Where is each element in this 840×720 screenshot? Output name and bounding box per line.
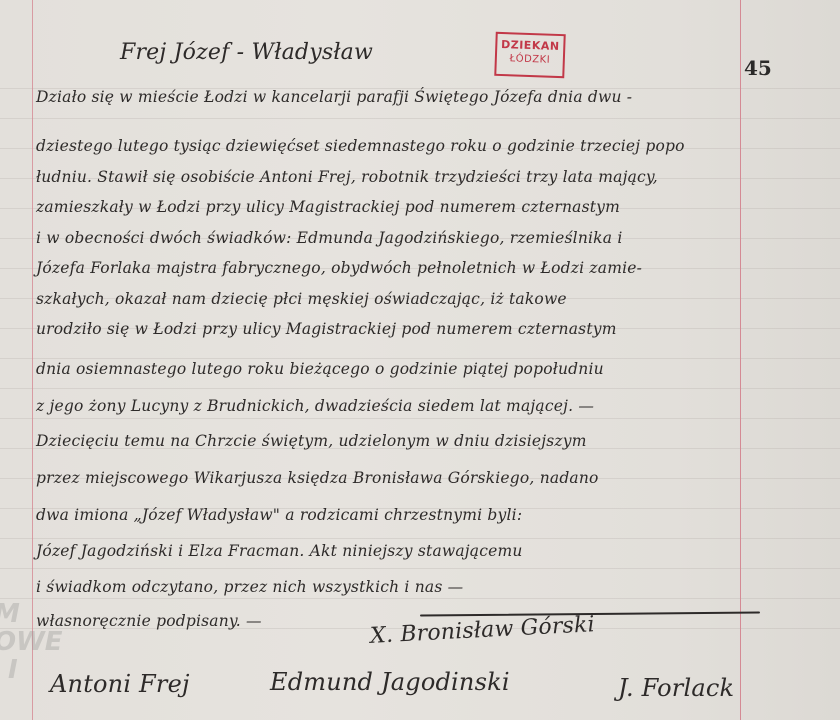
text-line: urodziło się w Łodzi przy ulicy Magistra… <box>36 320 617 338</box>
ruled-line <box>0 598 840 599</box>
text-line: Józef Jagodziński i Elza Fracman. Akt ni… <box>36 542 523 560</box>
text-line: przez miejscowego Wikarjusza księdza Bro… <box>36 469 599 487</box>
watermark-line: OWE <box>0 628 63 656</box>
ruled-line <box>0 568 840 569</box>
signature-father: Antoni Frej <box>50 670 190 698</box>
signature-priest: X. Bronisław Górski <box>369 612 595 649</box>
dziekan-stamp: DZIEKAN ŁÓDZKI <box>494 32 565 78</box>
text-line: i świadkom odczytano, przez nich wszystk… <box>36 578 463 596</box>
text-line: własnoręcznie podpisany. — <box>36 612 262 630</box>
ruled-line <box>0 118 840 119</box>
stamp-line-1: DZIEKAN <box>497 38 563 53</box>
text-line: dwa imiona „Józef Władysław" a rodzicami… <box>36 506 522 524</box>
stamp-line-2: ŁÓDZKI <box>497 53 563 66</box>
ruled-line <box>0 418 840 419</box>
ruled-line <box>0 358 840 359</box>
text-line: szkałych, okazał nam dziecię płci męskie… <box>36 290 567 308</box>
text-line: dnia osiemnastego lutego roku bieżącego … <box>36 360 604 378</box>
signature-witness-2: J. Forlack <box>618 674 734 702</box>
text-line: dziestego lutego tysiąc dziewięćset sied… <box>36 137 685 155</box>
signature-witness-1: Edmund Jagodinski <box>270 668 510 696</box>
text-line: łudniu. Stawił się osobiście Antoni Frej… <box>36 168 658 186</box>
ruled-line <box>0 538 840 539</box>
page-number: 45 <box>744 56 772 80</box>
text-line: Dziecięciu temu na Chrzcie świętym, udzi… <box>36 432 587 450</box>
text-line: Działo się w mieście Łodzi w kancelarji … <box>36 88 632 106</box>
text-line: i w obecności dwóch świadków: Edmunda Ja… <box>36 229 622 247</box>
text-line: zamieszkały w Łodzi przy ulicy Magistrac… <box>36 198 620 216</box>
record-title: Frej Józef - Władysław <box>120 40 373 65</box>
text-line: z jego żony Lucyny z Brudnickich, dwadzi… <box>36 397 594 415</box>
document-page: M OWE I Frej Józef - Władysław DZIEKAN Ł… <box>0 0 840 720</box>
ruled-line <box>0 388 840 389</box>
text-line: Józefa Forlaka majstra fabrycznego, obyd… <box>36 259 642 277</box>
